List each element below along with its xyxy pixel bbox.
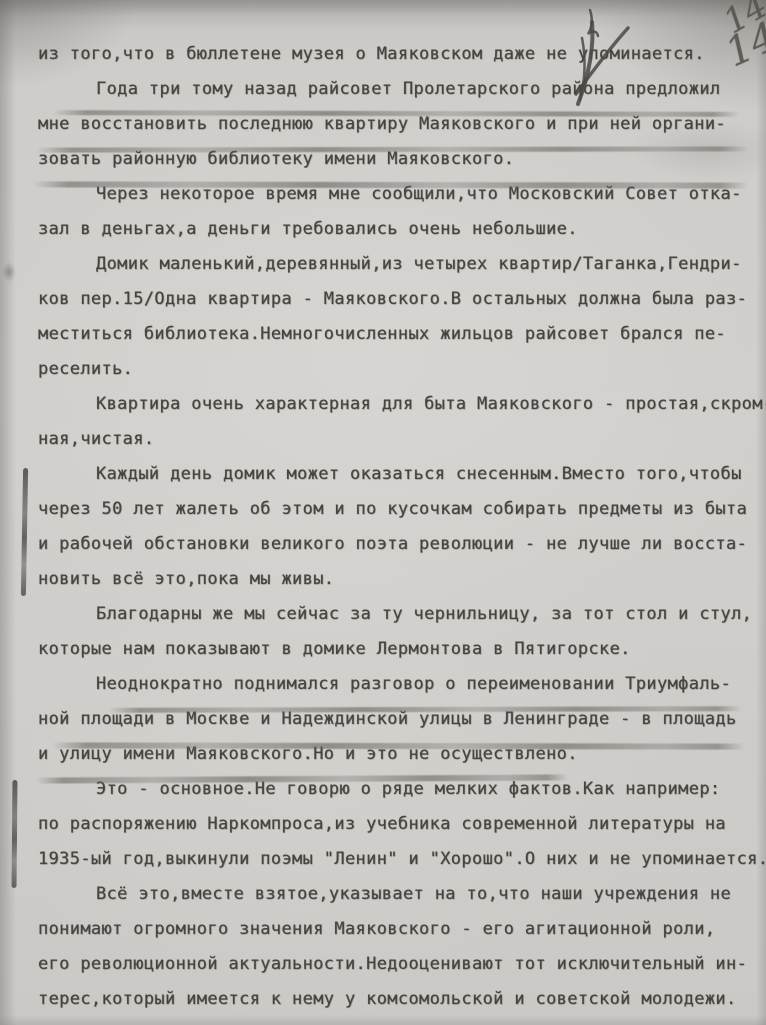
- document-page: из того,что в бюллетене музея о Маяковск…: [0, 0, 766, 1025]
- text-line: через 50 лет жалеть об этом и по кусочка…: [38, 492, 766, 527]
- text-line: Домик маленький,деревянный,из четырех кв…: [38, 247, 766, 282]
- pencil-underline: [52, 742, 745, 749]
- text-line: ная,чистая.: [38, 422, 766, 457]
- text-line: Благодарны же мы сейчас за ту чернильниц…: [38, 597, 766, 632]
- text-line: меститься библиотека.Немногочисленных жи…: [38, 317, 766, 352]
- paper-smudge: [2, 262, 16, 282]
- handwritten-correction-mark: [552, 0, 662, 115]
- text-line: и рабочей обстановки великого поэта рево…: [38, 527, 766, 562]
- text-line: 1935-ый год,выкинули поэмы "Ленин" и "Хо…: [38, 842, 766, 877]
- text-line: Квартира очень характерная для быта Маяк…: [38, 387, 766, 422]
- pencil-margin-mark: [21, 468, 28, 596]
- pencil-margin-mark: [12, 780, 18, 888]
- text-line: его революционной актуальности.Недооцени…: [38, 947, 766, 982]
- text-line: терес,который имеется к нему у комсомоль…: [38, 982, 766, 1017]
- text-line: Всё это,вместе взятое,указывает на то,чт…: [38, 877, 766, 912]
- pencil-underline: [33, 181, 748, 188]
- text-line: Каждый день домик может оказаться снесен…: [38, 457, 766, 492]
- text-line: Неоднократно поднимался разговор о переи…: [38, 667, 766, 702]
- text-line: зал в деньгах,а деньги требовались очень…: [38, 212, 766, 247]
- text-line: которые нам показывают в домике Лермонто…: [38, 632, 766, 667]
- text-line: реселить.: [38, 352, 766, 387]
- text-line: новить всё это,пока мы живы.: [38, 562, 766, 597]
- text-line: по распоряжению Наркомпроса,из учебника …: [38, 807, 766, 842]
- text-line: ков пер.15/Одна квартира - Маяковского.В…: [38, 282, 766, 317]
- text-line: понимают огромного значения Маяковского …: [38, 912, 766, 947]
